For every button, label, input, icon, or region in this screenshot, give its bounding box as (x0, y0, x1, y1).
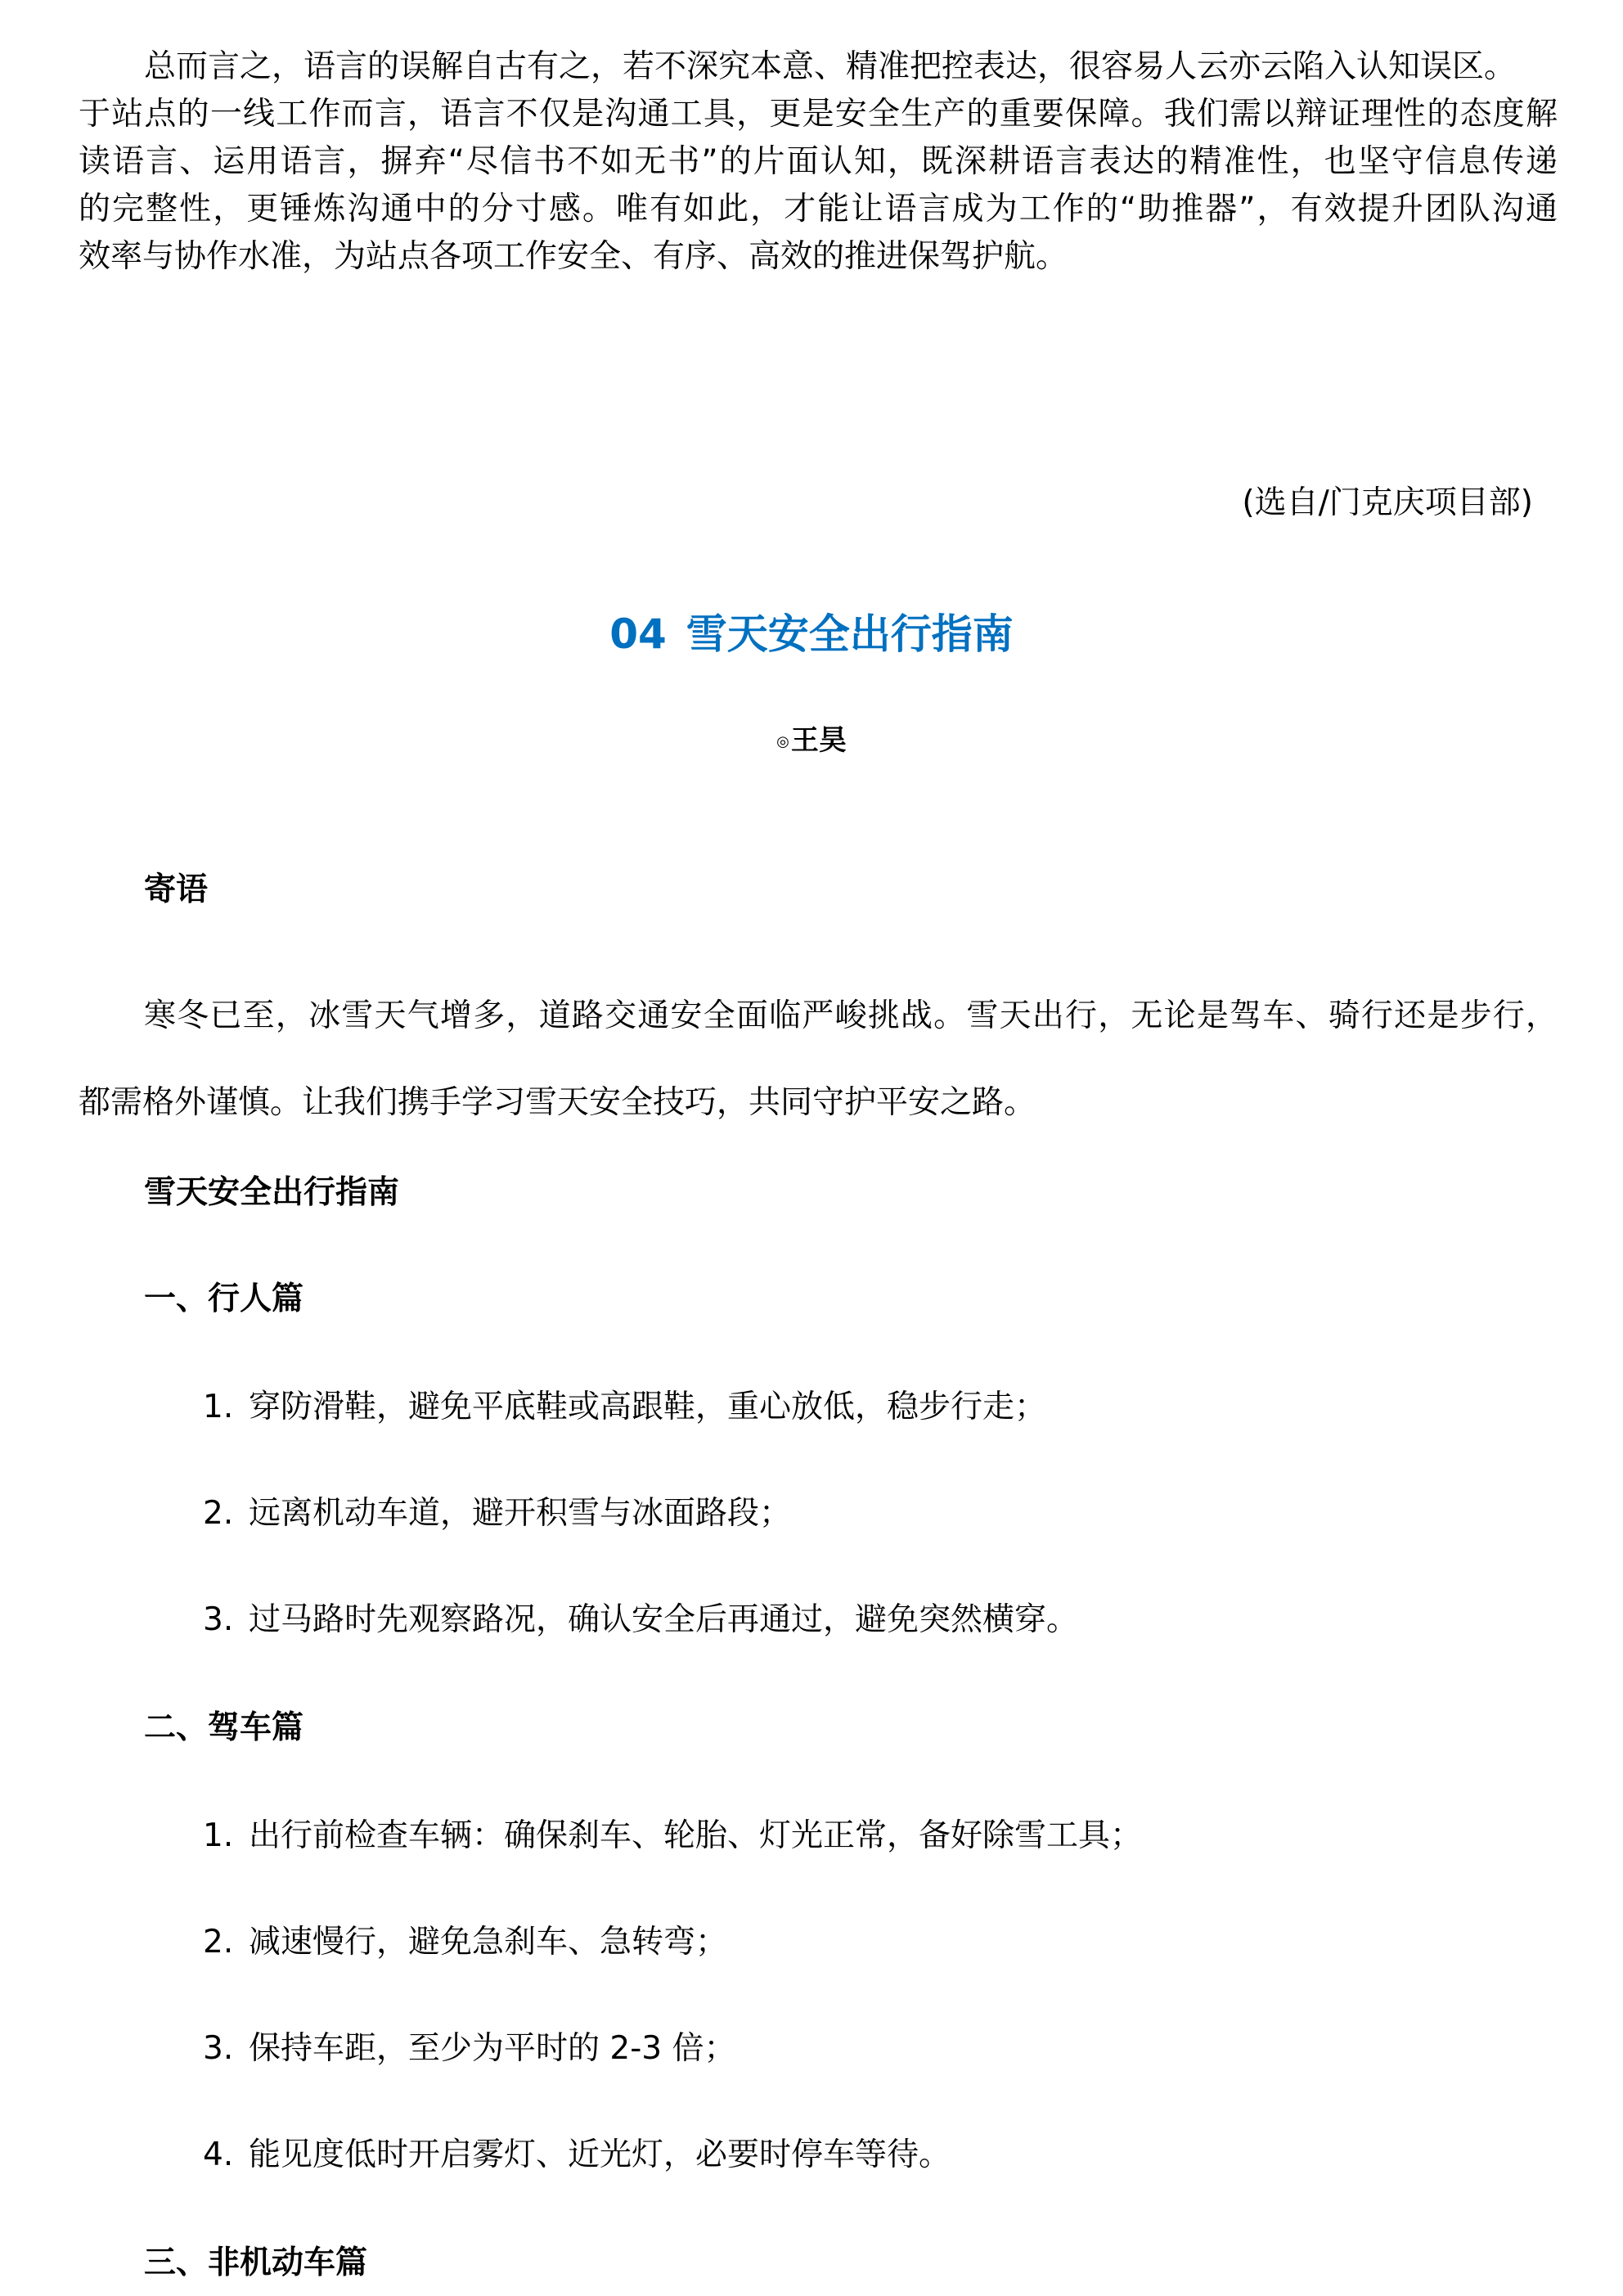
list-item: 3.过马路时先观察路况，确认安全后再通过，避免突然横穿。 (203, 1596, 1078, 1645)
list-item-text: 远离机动车道，避开积雪与冰面路段； (249, 1495, 791, 1532)
author-name: 王昊 (791, 724, 847, 757)
article-title: 04雪天安全出行指南 (0, 606, 1623, 663)
list-item-text: 穿防滑鞋，避免平底鞋或高跟鞋，重心放低，稳步行走； (249, 1389, 1046, 1425)
list-item: 2.远离机动车道，避开积雪与冰面路段； (203, 1489, 791, 1538)
list-item-index: 3. (203, 2024, 249, 2073)
author-mark-icon: ◎ (776, 733, 789, 750)
document-page: 总而言之，语言的误解自古有之，若不深究本意、精准把控表达，很容易人云亦云陷入认知… (0, 0, 1623, 2296)
article-source-note: (选自/门克庆项目部) (1242, 479, 1533, 528)
guide-heading: 雪天安全出行指南 (144, 1168, 399, 1218)
foreword-heading: 寄语 (144, 866, 208, 915)
list-item-text: 减速慢行，避免急刹车、急转弯； (249, 1924, 727, 1961)
section-heading-driving: 二、驾车篇 (144, 1704, 303, 1753)
article-author: ◎王昊 (0, 720, 1623, 763)
list-item-text: 出行前检查车辆：确保刹车、轮胎、灯光正常，备好除雪工具； (249, 1817, 1142, 1854)
list-item: 3.保持车距，至少为平时的 2-3 倍； (203, 2024, 736, 2073)
list-item-index: 1. (203, 1812, 249, 1861)
section-heading-non-motor-vehicle: 三、非机动车篇 (144, 2239, 367, 2288)
list-item-index: 3. (203, 1596, 249, 1645)
list-item: 1.出行前检查车辆：确保刹车、轮胎、灯光正常，备好除雪工具； (203, 1812, 1142, 1861)
list-item-index: 1. (203, 1383, 249, 1432)
list-item-index: 2. (203, 1918, 249, 1967)
list-item-text: 能见度低时开启雾灯、近光灯，必要时停车等待。 (249, 2136, 951, 2173)
list-item-index: 2. (203, 1489, 249, 1538)
list-item-text: 过马路时先观察路况，确认安全后再通过，避免突然横穿。 (249, 1601, 1078, 1638)
paragraph-line: 效率与协作水准，为站点各项工作安全、有序、高效的推进保驾护航。 (79, 214, 1068, 299)
list-item: 4.能见度低时开启雾灯、近光灯，必要时停车等待。 (203, 2131, 951, 2180)
article-number: 04 (609, 610, 667, 658)
article-title-text: 雪天安全出行指南 (686, 610, 1014, 658)
list-item-index: 4. (203, 2131, 249, 2180)
section-heading-pedestrian: 一、行人篇 (144, 1275, 303, 1324)
list-item: 1.穿防滑鞋，避免平底鞋或高跟鞋，重心放低，稳步行走； (203, 1383, 1046, 1432)
paragraph-line: 都需格外谨慎。让我们携手学习雪天安全技巧，共同守护平安之路。 (79, 1060, 1036, 1146)
paragraph-line: 寒冬已至，冰雪天气增多，道路交通安全面临严峻挑战。雪天出行，无论是驾车、骑行还是… (144, 974, 1558, 1059)
list-item: 2.减速慢行，避免急刹车、急转弯； (203, 1918, 727, 1967)
list-item-text: 保持车距，至少为平时的 2-3 倍； (249, 2030, 736, 2067)
